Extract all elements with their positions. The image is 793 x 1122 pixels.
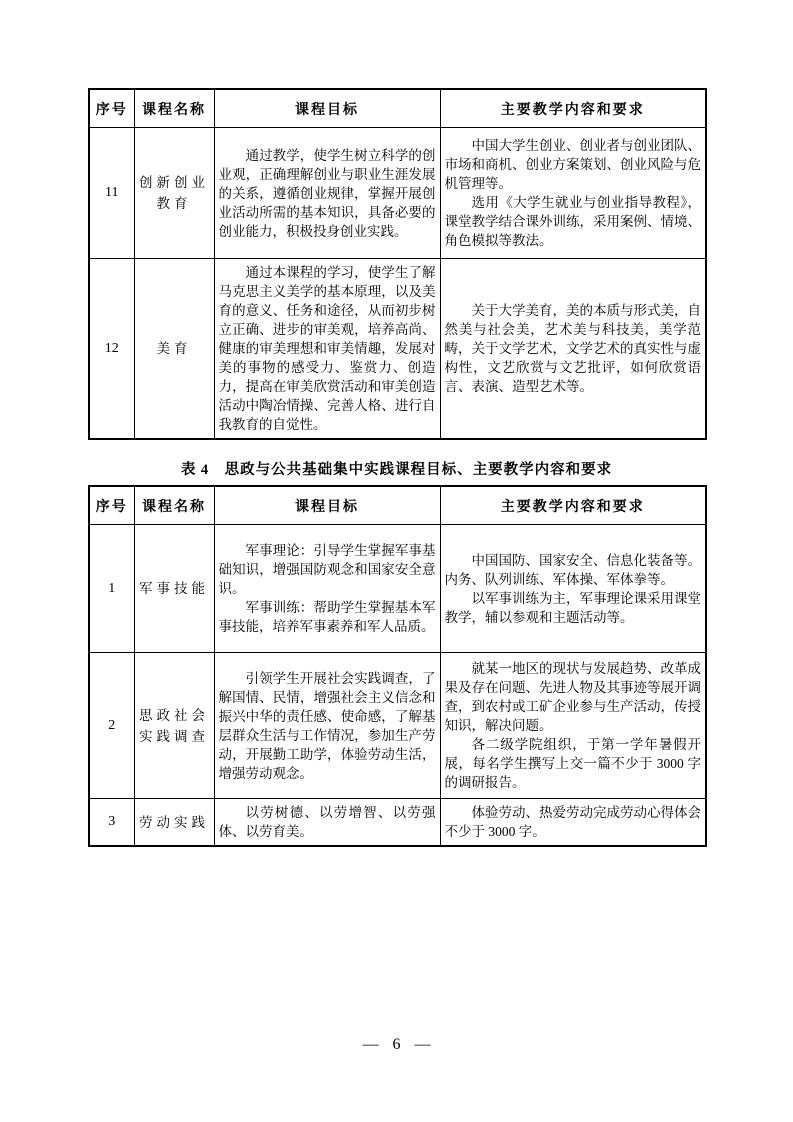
table-header-row: 序号 课程名称 课程目标 主要教学内容和要求: [89, 486, 706, 525]
practice-course-table: 序号 课程名称 课程目标 主要教学内容和要求 1 军事技能 军事理论：引导学生掌…: [88, 485, 707, 847]
paragraph: 中国大学生创业、创业者与创业团队、市场和商机、创业方案策划、创业风险与危机管理等…: [445, 136, 702, 193]
paragraph: 就某一地区的现状与发展趋势、改革成果及存在问题、先进人物及其事迹等展开调查，到农…: [445, 659, 702, 735]
paragraph: 引领学生开展社会实践调查，了解国情、民情，增强社会主义信念和振兴中华的责任感、使…: [219, 669, 436, 783]
teaching-content-cell: 关于大学美育，美的本质与形式美，自然美与社会美，艺术美与科技美，美学范畴，关于文…: [440, 259, 706, 440]
paragraph: 通过本课程的学习，使学生了解马克思主义美学的基本原理，以及美育的意义、任务和途径…: [219, 263, 436, 434]
course-table-continued: 序号 课程名称 课程目标 主要教学内容和要求 11 创新创业教育 通过教学，使学…: [88, 88, 707, 440]
table-row: 11 创新创业教育 通过教学，使学生树立科学的创业观，正确理解创业与职业生涯发展…: [89, 128, 706, 259]
paragraph: 各二级学院组织，于第一学年暑假开展，每名学生撰写上交一篇不少于 3000 字的调…: [445, 735, 702, 792]
course-goal-cell: 引领学生开展社会实践调查，了解国情、民情，增强社会主义信念和振兴中华的责任感、使…: [214, 653, 440, 799]
paragraph: 体验劳动、热爱劳动完成劳动心得体会不少于 3000 字。: [445, 803, 702, 841]
paragraph: 军事训练：帮助学生掌握基本军事技能，培养军事素养和军人品质。: [219, 598, 436, 636]
page-number: — 6 —: [0, 1036, 793, 1054]
column-header-course-name: 课程名称: [134, 486, 214, 525]
row-number-cell: 11: [89, 128, 134, 259]
table-header-row: 序号 课程名称 课程目标 主要教学内容和要求: [89, 89, 706, 128]
paragraph: 以劳树德、以劳增智、以劳强体、以劳育美。: [219, 803, 436, 841]
course-goal-cell: 通过教学，使学生树立科学的创业观，正确理解创业与职业生涯发展的关系，遵循创业规律…: [214, 128, 440, 259]
course-name-cell: 美育: [134, 259, 214, 440]
teaching-content-cell: 中国大学生创业、创业者与创业团队、市场和商机、创业方案策划、创业风险与危机管理等…: [440, 128, 706, 259]
column-header-course-goal: 课程目标: [214, 89, 440, 128]
paragraph: 中国国防、国家安全、信息化装备等。内务、队列训练、军体操、军体拳等。: [445, 551, 702, 589]
column-header-no: 序号: [89, 486, 134, 525]
paragraph: 以军事训练为主，军事理论课采用课堂教学，辅以参观和主题活动等。: [445, 589, 702, 627]
course-name-cell: 军事技能: [134, 525, 214, 653]
teaching-content-cell: 中国国防、国家安全、信息化装备等。内务、队列训练、军体操、军体拳等。 以军事训练…: [440, 525, 706, 653]
table-row: 12 美育 通过本课程的学习，使学生了解马克思主义美学的基本原理，以及美育的意义…: [89, 259, 706, 440]
teaching-content-cell: 体验劳动、热爱劳动完成劳动心得体会不少于 3000 字。: [440, 799, 706, 847]
course-goal-cell: 以劳树德、以劳增智、以劳强体、以劳育美。: [214, 799, 440, 847]
table4-caption: 表 4 思政与公共基础集中实践课程目标、主要教学内容和要求: [88, 458, 705, 479]
paragraph: 关于大学美育，美的本质与形式美，自然美与社会美，艺术美与科技美，美学范畴，关于文…: [445, 301, 702, 396]
row-number-cell: 3: [89, 799, 134, 847]
document-page: 序号 课程名称 课程目标 主要教学内容和要求 11 创新创业教育 通过教学，使学…: [0, 0, 793, 1122]
course-goal-cell: 通过本课程的学习，使学生了解马克思主义美学的基本原理，以及美育的意义、任务和途径…: [214, 259, 440, 440]
paragraph: 通过教学，使学生树立科学的创业观，正确理解创业与职业生涯发展的关系，遵循创业规律…: [219, 146, 436, 241]
column-header-course-name: 课程名称: [134, 89, 214, 128]
row-number-cell: 1: [89, 525, 134, 653]
column-header-teaching-content: 主要教学内容和要求: [440, 486, 706, 525]
course-name-cell: 劳动实践: [134, 799, 214, 847]
paragraph: 军事理论：引导学生掌握军事基础知识，增强国防观念和国家安全意识。: [219, 541, 436, 598]
column-header-course-goal: 课程目标: [214, 486, 440, 525]
column-header-no: 序号: [89, 89, 134, 128]
course-name-cell: 思政社会实践调查: [134, 653, 214, 799]
table-row: 2 思政社会实践调查 引领学生开展社会实践调查，了解国情、民情，增强社会主义信念…: [89, 653, 706, 799]
course-goal-cell: 军事理论：引导学生掌握军事基础知识，增强国防观念和国家安全意识。 军事训练：帮助…: [214, 525, 440, 653]
paragraph: 选用《大学生就业与创业指导教程》，课堂教学结合课外训练，采用案例、情境、角色模拟…: [445, 193, 702, 250]
course-name-cell: 创新创业教育: [134, 128, 214, 259]
table-row: 3 劳动实践 以劳树德、以劳增智、以劳强体、以劳育美。 体验劳动、热爱劳动完成劳…: [89, 799, 706, 847]
teaching-content-cell: 就某一地区的现状与发展趋势、改革成果及存在问题、先进人物及其事迹等展开调查，到农…: [440, 653, 706, 799]
row-number-cell: 12: [89, 259, 134, 440]
table-row: 1 军事技能 军事理论：引导学生掌握军事基础知识，增强国防观念和国家安全意识。 …: [89, 525, 706, 653]
column-header-teaching-content: 主要教学内容和要求: [440, 89, 706, 128]
row-number-cell: 2: [89, 653, 134, 799]
